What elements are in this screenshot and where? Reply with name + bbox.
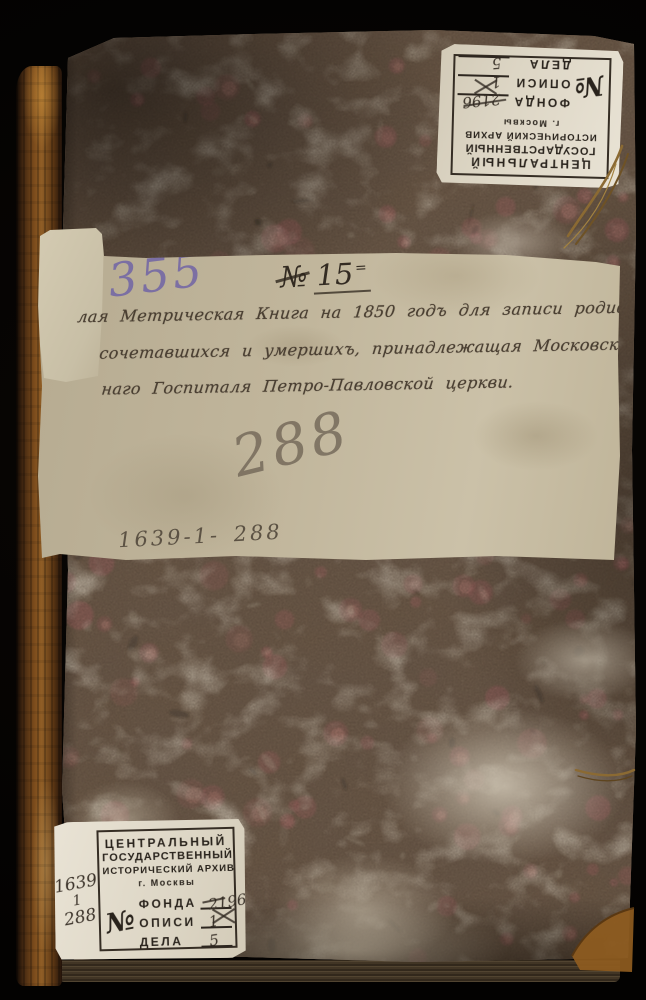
torn-paper-flap: [36, 226, 106, 384]
crossed-numero-sign: №: [279, 259, 308, 294]
title-line-3: наго Госпиталя Петро-Павловской церкви.: [101, 372, 515, 398]
archive-stamp-label-top: ЦЕНТРАЛЬНЫЙ ГОСУДАРСТВЕННЫЙ ИСТОРИЧЕСКИЙ…: [436, 44, 624, 189]
book-bottom-page-edges: [60, 960, 620, 982]
stamp-border-box: ЦЕНТРАЛЬНЫЙ ГОСУДАРСТВЕННЫЙ ИСТОРИЧЕСКИЙ…: [96, 827, 237, 952]
opis-value: 1: [458, 74, 509, 96]
archival-book-cover: ЦЕНТРАЛЬНЫЙ ГОСУДАРСТВЕННЫЙ ИСТОРИЧЕСКИЙ…: [16, 26, 638, 986]
stamp-row-delo: ДЕЛА 5: [139, 928, 232, 949]
archive-stamp-label-bottom: 1639 1 288 ЦЕНТРАЛЬНЫЙ ГОСУДАРСТВЕННЫЙ И…: [52, 818, 248, 963]
pencil-archive-code: 1639-1- 288: [117, 520, 283, 553]
stamp-row-opis: ОПИСИ 1: [458, 74, 571, 96]
delo-value: 5: [458, 55, 509, 77]
handwritten-title-label: 355 №15 лая Метрическая Книга на 1850 го…: [36, 226, 620, 562]
title-line-2: сочетавшихся и умершихъ, принадлежащая М…: [98, 334, 646, 363]
numero-sign: №: [103, 904, 138, 940]
numero-sign: №: [573, 69, 606, 104]
stamp-row-delo: ДЕЛА 5: [458, 55, 571, 77]
pencil-case-number: 288: [226, 399, 357, 491]
photo-background: ЦЕНТРАЛЬНЫЙ ГОСУДАРСТВЕННЫЙ ИСТОРИЧЕСКИЙ…: [0, 0, 646, 1000]
delo-value: 5: [201, 926, 232, 948]
fond-value: 2196: [457, 93, 508, 115]
handwritten-fond-column: 1639 1 288: [53, 871, 102, 932]
stamp-border-box: ЦЕНТРАЛЬНЫЙ ГОСУДАРСТВЕННЫЙ ИСТОРИЧЕСКИЙ…: [450, 54, 611, 179]
case-number: №15: [279, 256, 371, 295]
stamp-row-fond: ФОНДА 2196: [457, 93, 570, 115]
